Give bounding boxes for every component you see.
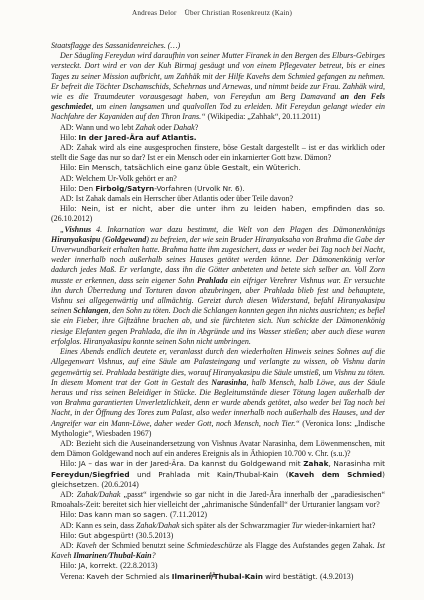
text-segment: Hilo: <box>60 531 78 540</box>
answer-hilo: Hilo: Das kann man so sagen. (7.11.2012) <box>51 510 385 520</box>
text-segment: wieder-inkarniert hat? <box>303 521 376 530</box>
text-segment: Firbolg/Satyrn <box>95 184 154 193</box>
text-segment: AD: <box>60 490 77 499</box>
text-segment: sich später als der Schwarzmagier <box>180 521 292 530</box>
page-body-text: Staatsflagge des Sassanidenreiches. (…)D… <box>51 41 385 582</box>
text-segment: als Flagge des Aufstandes gegen Zahak. <box>242 541 377 550</box>
text-segment: oder <box>155 123 173 132</box>
text-segment: JA, korrekt. <box>78 561 120 570</box>
text-segment: AD: Kann es sein, dass <box>60 521 136 530</box>
running-header: Andreas DelorÜber Christian Rosenkreutz … <box>0 9 424 17</box>
text-segment: Zahak/Dahak <box>136 521 180 530</box>
quote-vishnu-mythology: „Vishnus 4. Inkarnation war dazu bestimm… <box>51 225 385 347</box>
quote-narasinha: Eines Abends endlich deutete er, veranla… <box>51 347 385 439</box>
text-segment: (7.11.2012) <box>170 510 207 519</box>
answer-hilo: Hilo: Gut abgespürt! (30.5.2013) <box>51 531 385 541</box>
text-segment: -Vorfahren (Urvolk Nr. 6). <box>154 184 245 193</box>
text-segment: Hilo: <box>60 184 78 193</box>
text-segment: ? <box>152 551 156 560</box>
text-segment: AD: Ist Zahak damals ein Herrscher über … <box>60 194 293 203</box>
question-ad: AD: Zahak wird als eine ausgesprochen fi… <box>51 143 385 163</box>
text-segment: (26.10.2012) <box>51 214 92 223</box>
text-segment: AD: Welchem Ur-Volk gehört er an? <box>60 174 177 183</box>
text-segment: Den <box>78 184 95 193</box>
text-segment: Ilmarinen/Thubal-Kain <box>73 551 151 560</box>
text-segment: und Prahlada mit Kain/Thubal-Kain ( <box>130 470 289 479</box>
text-segment: Tur <box>292 521 303 530</box>
text-segment: Der Säugling Fereydun wird daraufhin von… <box>51 51 385 101</box>
text-segment: Schlangen <box>73 306 108 315</box>
text-segment: AD: Bezieht sich die Auseinandersetzung … <box>51 439 385 458</box>
question-ad: AD: Zahak/Dahak „passt“ irgendwie so gar… <box>51 490 385 510</box>
text-segment: (Wikipedia: „Zahhak“, 20.11.2011) <box>206 112 321 121</box>
text-segment: Das kann man so sagen. <box>78 510 170 519</box>
answer-hilo: Hilo: Nein, ist er nicht, aber die unter… <box>51 204 385 224</box>
text-segment: Zahak <box>135 123 155 132</box>
text-segment: AD: <box>60 541 76 550</box>
text-segment: Goldgewand <box>105 235 146 244</box>
header-title: Über Christian Rosenkreutz (Kain) <box>185 9 292 17</box>
question-ad: AD: Wann und wo lebt Zahak oder Dahak? <box>51 123 385 133</box>
text-segment: Hiranyakasipu <box>51 235 100 244</box>
question-ad: AD: Welchem Ur-Volk gehört er an? <box>51 174 385 184</box>
page-number: 41 <box>0 570 424 579</box>
text-segment: Narasinha <box>211 378 246 387</box>
question-ad: AD: Ist Zahak damals ein Herrscher über … <box>51 194 385 204</box>
text-segment: , Narasinha mit <box>328 459 385 468</box>
text-segment: Prahlada <box>197 276 228 285</box>
question-ad: AD: Kaveh der Schmied benutzt seine Schm… <box>51 541 385 561</box>
text-segment: Staatsflagge des Sassanidenreiches. (…) <box>51 41 180 50</box>
text-segment: Schmiedeschürze <box>187 541 242 550</box>
text-segment: Kaveh dem Schmied <box>289 470 383 479</box>
text-segment: Ein Mensch, tatsächlich eine ganz üble G… <box>78 163 300 172</box>
question-ad: AD: Kann es sein, dass Zahak/Dahak sich … <box>51 521 385 531</box>
text-segment: Nein, ist er nicht, aber die unter ihm z… <box>81 204 385 213</box>
text-segment: In der Jared-Ära auf Atlantis. <box>78 133 196 142</box>
text-segment: AD: Zahak wird als eine ausgesprochen fi… <box>51 143 385 162</box>
text-segment: Hilo: <box>60 561 78 570</box>
text-segment: ? <box>195 123 199 132</box>
text-segment: Hilo: <box>60 133 78 142</box>
answer-hilo: Hilo: Ein Mensch, tatsächlich eine ganz … <box>51 163 385 173</box>
text-segment: (20.6.2014) <box>101 480 138 489</box>
text-segment: Dahak <box>173 123 194 132</box>
header-author: Andreas Delor <box>132 9 177 17</box>
text-segment: Kaveh <box>76 541 96 550</box>
answer-hilo: Hilo: Den Firbolg/Satyrn-Vorfahren (Urvo… <box>51 184 385 194</box>
text-segment: Fereydun/Siegfried <box>51 470 130 479</box>
text-segment: JA – das war in der Jared-Ära. Da kannst… <box>79 459 304 468</box>
quote-fereydun-saga: Der Säugling Fereydun wird daraufhin von… <box>51 51 385 122</box>
text-segment: Vishnus <box>64 225 91 234</box>
question-ad: AD: Bezieht sich die Auseinandersetzung … <box>51 439 385 459</box>
text-segment: AD: Wann und wo lebt <box>60 123 135 132</box>
text-segment: Zahak <box>303 459 328 468</box>
document-page: Andreas DelorÜber Christian Rosenkreutz … <box>0 0 424 600</box>
text-segment: der Schmied benutzt seine <box>97 541 187 550</box>
answer-hilo: Hilo: In der Jared-Ära auf Atlantis. <box>51 133 385 143</box>
caption-fragment: Staatsflagge des Sassanidenreiches. (…) <box>51 41 385 51</box>
text-segment: (22.8.2013) <box>120 561 157 570</box>
text-segment: 4. Inkarnation war dazu bestimmt, die We… <box>91 225 385 234</box>
text-segment: Hilo: <box>60 204 81 213</box>
text-segment: Hilo: <box>60 510 78 519</box>
text-segment: (30.5.2013) <box>136 531 173 540</box>
answer-hilo: Hilo: JA – das war in der Jared-Ära. Da … <box>51 459 385 490</box>
text-segment: Gut abgespürt! <box>78 531 136 540</box>
text-segment: Hilo: <box>60 459 79 468</box>
text-segment: Zahak/Dahak <box>77 490 121 499</box>
text-segment: Hilo: <box>60 163 78 172</box>
